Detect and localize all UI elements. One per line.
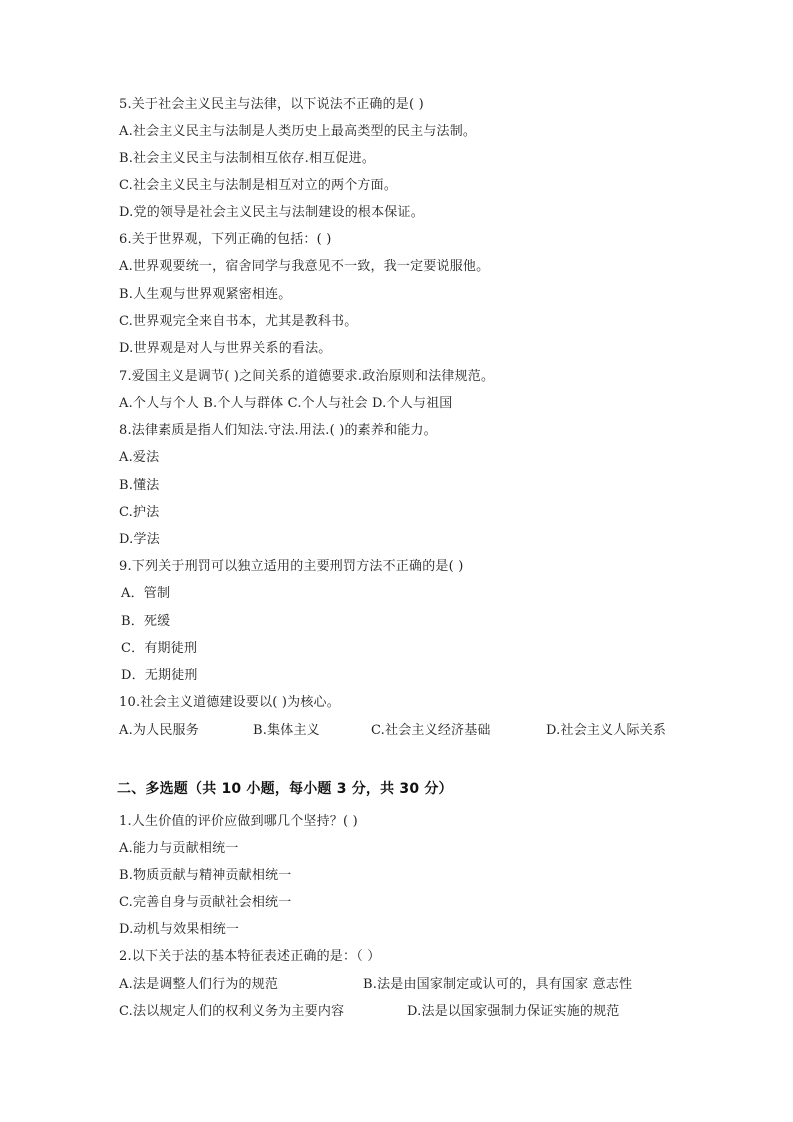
multi-question-1-stem: 1.人生价值的评价应做到哪几个坚持？( )	[119, 814, 358, 830]
multi-question-1-option-d: D.动机与效果相统一	[119, 922, 239, 938]
section-heading-multi-choice: 二、多选题（共 10 小题，每小题 3 分，共 30 分）	[117, 781, 453, 797]
question-10-option-b: B.集体主义	[253, 723, 320, 739]
question-8-option-c: C.护法	[119, 505, 159, 521]
question-9-option-d: D．无期徒刑	[121, 668, 198, 684]
question-6-option-c: C.世界观完全来自书本，尤其是教科书。	[119, 314, 357, 330]
question-9-option-b: B．死缓	[121, 614, 170, 630]
question-10-option-c: C.社会主义经济基础	[371, 723, 491, 739]
multi-question-2-option-b: B.法是由国家制定或认可的，具有国家 意志性	[363, 977, 632, 993]
question-10-stem: 10.社会主义道德建设要以( )为核心。	[119, 695, 340, 711]
question-9-option-c: C．有期徒刑	[121, 641, 197, 657]
multi-question-2-stem: 2.以下关于法的基本特征表述正确的是：（ ）	[119, 949, 380, 965]
question-9-option-a: A．管制	[121, 586, 170, 602]
question-5-option-b: B.社会主义民主与法制相互依存.相互促进。	[119, 151, 375, 167]
multi-question-2-option-c: C.法以规定人们的权利义务为主要内容	[119, 1004, 344, 1020]
multi-question-1-option-c: C.完善自身与贡献社会相统一	[119, 895, 291, 911]
question-8-option-d: D.学法	[119, 532, 160, 548]
question-6-option-d: D.世界观是对人与世界关系的看法。	[119, 341, 332, 357]
multi-question-2-option-a: A.法是调整人们行为的规范	[119, 977, 278, 993]
multi-question-1-option-b: B.物质贡献与精神贡献相统一	[119, 868, 292, 884]
question-8-stem: 8.法律素质是指人们知法.守法.用法.( )的素养和能力。	[119, 423, 437, 439]
multi-question-2-option-d: D.法是以国家强制力保证实施的规范	[407, 1004, 620, 1020]
question-6-option-b: B.人生观与世界观紧密相连。	[119, 287, 292, 303]
question-7-options: A.个人与个人 B.个人与群体 C.个人与社会 D.个人与祖国	[119, 396, 453, 412]
question-10-option-a: A.为人民服务	[119, 723, 199, 739]
question-5-stem: 5.关于社会主义民主与法律，以下说法不正确的是( )	[119, 97, 424, 113]
question-5-option-c: C.社会主义民主与法制是相互对立的两个方面。	[119, 178, 397, 194]
question-8-option-b: B.懂法	[119, 478, 160, 494]
question-10-option-d: D.社会主义人际关系	[546, 723, 666, 739]
document-page: 5.关于社会主义民主与法律，以下说法不正确的是( ) A.社会主义民主与法制是人…	[0, 0, 793, 1122]
question-8-option-a: A.爱法	[119, 450, 159, 466]
question-9-stem: 9.下列关于刑罚可以独立适用的主要刑罚方法不正确的是( )	[119, 559, 463, 575]
question-6-stem: 6.关于世界观，下列正确的包括：( )	[119, 232, 331, 248]
question-7-stem: 7.爱国主义是调节( )之间关系的道德要求.政治原则和法律规范。	[119, 369, 494, 385]
question-6-option-a: A.世界观要统一，宿舍同学与我意见不一致，我一定要说服他。	[119, 259, 489, 275]
multi-question-1-option-a: A.能力与贡献相统一	[119, 841, 239, 857]
question-5-option-d: D.党的领导是社会主义民主与法制建设的根本保证。	[119, 205, 424, 221]
question-5-option-a: A.社会主义民主与法制是人类历史上最高类型的民主与法制。	[119, 124, 476, 140]
